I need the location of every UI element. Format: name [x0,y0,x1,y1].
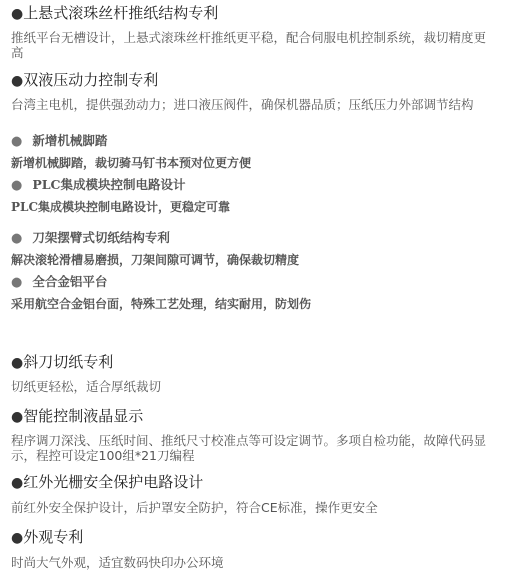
feature-2: ●双液压动力控制专利 台湾主电机，提供强劲动力；进口液压阀件，确保机器品质；压纸… [11,71,491,112]
bullet-icon: ● [11,178,22,193]
feature-title: ●PLC集成模块控制电路设计 [11,177,491,194]
bullet-icon: ● [11,231,22,246]
feature-desc: 切纸更轻松，适合厚纸裁切 [11,379,491,394]
feature-desc: 台湾主电机，提供强劲动力；进口液压阀件，确保机器品质；压纸压力外部调节结构 [11,97,491,112]
bullet-icon: ● [11,6,23,22]
bullet-icon: ● [11,355,23,371]
feature-10: ●外观专利 时尚大气外观，适宜数码快印办公环境 [11,528,491,570]
feature-title: ●斜刀切纸专利 [11,353,491,372]
feature-title: ●全合金铝平台 [11,274,491,291]
feature-1: ●上悬式滚珠丝杆推纸结构专利 推纸平台无槽设计，上悬式滚珠丝杆推纸更平稳，配合伺… [11,4,491,60]
feature-9: ●红外光栅安全保护电路设计 前红外安全保护设计，后护罩安全防护，符合CE标准，操… [11,473,491,515]
bullet-icon: ● [11,134,22,149]
feature-title: ●红外光栅安全保护电路设计 [11,473,491,492]
feature-title: ●刀架摆臂式切纸结构专利 [11,230,491,247]
feature-desc: 解决滚轮滑槽易磨损，刀架间隙可调节，确保裁切精度 [11,253,491,268]
feature-title: ●双液压动力控制专利 [11,71,491,90]
bullet-icon: ● [11,73,23,89]
feature-desc: 采用航空合金铝台面，特殊工艺处理，结实耐用，防划伤 [11,297,491,312]
feature-title: ●新增机械脚踏 [11,133,491,150]
feature-4: ●PLC集成模块控制电路设计 PLC集成模块控制电路设计，更稳定可靠 [11,177,491,215]
feature-7: ●斜刀切纸专利 切纸更轻松，适合厚纸裁切 [11,353,491,394]
feature-desc: PLC集成模块控制电路设计，更稳定可靠 [11,200,491,215]
feature-3: ●新增机械脚踏 新增机械脚踏，裁切骑马钉书本预对位更方便 [11,133,491,171]
feature-desc: 前红外安全保护设计，后护罩安全防护，符合CE标准，操作更安全 [11,500,491,515]
feature-desc: 时尚大气外观，适宜数码快印办公环境 [11,555,491,570]
feature-desc: 新增机械脚踏，裁切骑马钉书本预对位更方便 [11,156,491,171]
bullet-icon: ● [11,475,23,491]
feature-desc: 推纸平台无槽设计，上悬式滚珠丝杆推纸更平稳，配合伺服电机控制系统，裁切精度更高 [11,30,491,60]
bullet-icon: ● [11,409,23,425]
feature-title: ●智能控制液晶显示 [11,407,491,426]
feature-5: ●刀架摆臂式切纸结构专利 解决滚轮滑槽易磨损，刀架间隙可调节，确保裁切精度 [11,230,491,268]
feature-title: ●外观专利 [11,528,491,547]
feature-8: ●智能控制液晶显示 程序调刀深浅、压纸时间、推纸尺寸校准点等可设定调节。多项自检… [11,407,491,463]
bullet-icon: ● [11,530,23,546]
feature-title: ●上悬式滚珠丝杆推纸结构专利 [11,4,491,23]
feature-desc: 程序调刀深浅、压纸时间、推纸尺寸校准点等可设定调节。多项自检功能，故障代码显示，… [11,433,491,463]
bullet-icon: ● [11,275,22,290]
feature-6: ●全合金铝平台 采用航空合金铝台面，特殊工艺处理，结实耐用，防划伤 [11,274,491,312]
